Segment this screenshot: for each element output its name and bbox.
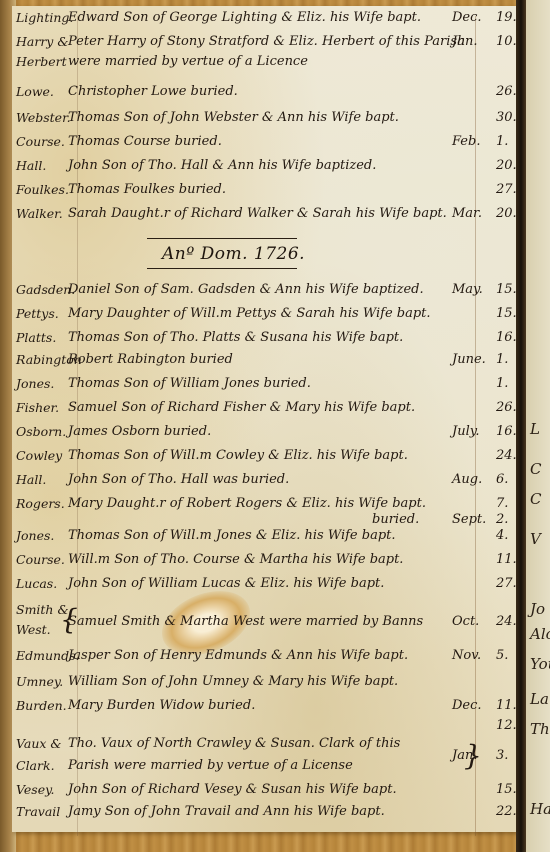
entry-day: 30. xyxy=(496,110,517,125)
entry-text: Peter Harry of Stony Stratford & Eliz. H… xyxy=(68,34,465,49)
entry-text: John Son of Tho. Hall was buried. xyxy=(68,472,289,487)
entry-text: Edward Son of George Lighting & Eliz. hi… xyxy=(68,10,421,25)
entry-surname: Platts. xyxy=(16,330,56,345)
register-entry: Umney. William Son of John Umney & Mary … xyxy=(12,674,518,698)
entry-surname: Pettys. xyxy=(16,306,59,321)
register-entry: Vaux & Tho. Vaux of North Crawley & Susa… xyxy=(12,736,518,760)
entry-text: Jasper Son of Henry Edmunds & Ann his Wi… xyxy=(68,648,408,663)
adjacent-fragment: Alo xyxy=(530,625,550,643)
register-entry: Rabington Robert Rabington buried June. … xyxy=(12,352,518,376)
entry-surname: Lucas. xyxy=(16,576,57,591)
entry-surname: Cowley xyxy=(16,448,62,463)
entry-day: 16. xyxy=(496,424,517,439)
register-page: Lighting. Edward Son of George Lighting … xyxy=(12,6,518,832)
entry-month: June. xyxy=(452,352,486,367)
entry-day: 19. xyxy=(496,10,517,25)
entry-surname: Fisher. xyxy=(16,400,59,415)
register-entry: Hall. John Son of Tho. Hall was buried. … xyxy=(12,472,518,496)
adjacent-fragment: Jo xyxy=(530,600,545,618)
register-entry: West. Samuel Smith & Martha West were ma… xyxy=(12,622,518,646)
entry-day: 24. xyxy=(496,448,517,463)
entry-text: Thomas Course buried. xyxy=(68,134,222,149)
entry-day: 15. xyxy=(496,282,517,297)
entry-month: Mar. xyxy=(452,206,482,221)
register-entry: Jones. Thomas Son of William Jones burie… xyxy=(12,376,518,400)
register-entry: Clark. Parish were married by vertue of … xyxy=(12,758,518,782)
entry-surname: Harry & xyxy=(16,34,68,49)
entry-day: 24. xyxy=(496,614,517,629)
adjacent-page-edge: L C C V Jo Alo You La Th Ha xyxy=(526,0,550,852)
entry-text: Samuel Son of Richard Fisher & Mary his … xyxy=(68,400,415,415)
entry-surname: Lowe. xyxy=(16,84,54,99)
entry-day: 11. xyxy=(496,698,517,713)
entry-text: John Son of Richard Vesey & Susan his Wi… xyxy=(68,782,397,797)
heading-rule-top xyxy=(147,238,297,239)
entry-surname: Vaux & xyxy=(16,736,62,751)
entry-surname: Umney. xyxy=(16,674,63,689)
entry-day: 20. xyxy=(496,206,517,221)
entry-day: 1. xyxy=(496,352,508,367)
adjacent-fragment: V xyxy=(530,530,541,548)
entry-day: 1. xyxy=(496,134,508,149)
entry-day: 4. xyxy=(496,528,508,543)
adjacent-fragment: C xyxy=(530,460,541,478)
entry-month: Jan. xyxy=(452,34,477,49)
register-entry: Travail Jamy Son of John Travail and Ann… xyxy=(12,804,518,828)
entry-text: Daniel Son of Sam. Gadsden & Ann his Wif… xyxy=(68,282,424,297)
register-entry: Lucas. John Son of William Lucas & Eliz.… xyxy=(12,576,518,600)
entry-text: John Son of William Lucas & Eliz. his Wi… xyxy=(68,576,384,591)
heading-rule-bottom xyxy=(147,268,297,269)
adjacent-fragment: C xyxy=(530,490,541,508)
entry-text: Robert Rabington buried xyxy=(68,352,233,367)
entry-surname: Foulkes. xyxy=(16,182,69,197)
entry-text: Parish were married by vertue of a Licen… xyxy=(68,758,353,773)
entry-month: Dec. xyxy=(452,698,482,713)
entry-day: 22. xyxy=(496,804,517,819)
register-entry: Lowe. Christopher Lowe buried. 26. xyxy=(12,84,518,108)
book-gutter xyxy=(516,0,526,852)
entry-day: 20. xyxy=(496,158,517,173)
entry-day: 16. xyxy=(496,330,517,345)
entry-day: 26. xyxy=(496,400,517,415)
entry-month: Sept. xyxy=(452,512,486,527)
register-entry: Webster. Thomas Son of John Webster & An… xyxy=(12,110,518,134)
adjacent-fragment: You xyxy=(530,655,550,673)
entry-text: Sarah Daught.r of Richard Walker & Sarah… xyxy=(68,206,447,221)
entry-day: 15. xyxy=(496,782,517,797)
register-entry: Walker. Sarah Daught.r of Richard Walker… xyxy=(12,206,518,230)
register-entry: Course. Will.m Son of Tho. Course & Mart… xyxy=(12,552,518,576)
entry-surname: Clark. xyxy=(16,758,55,773)
year-heading: Anº Dom. 1726. xyxy=(12,234,518,274)
adjacent-fragment: L xyxy=(530,420,540,438)
entry-text: James Osborn buried. xyxy=(68,424,211,439)
register-entry: Hall. John Son of Tho. Hall & Ann his Wi… xyxy=(12,158,518,182)
entry-day: 12. xyxy=(496,718,517,733)
entry-surname: Burden. xyxy=(16,698,67,713)
entry-text: buried. xyxy=(372,512,419,527)
register-entry: Fisher. Samuel Son of Richard Fisher & M… xyxy=(12,400,518,424)
adjacent-fragment: Ha xyxy=(530,800,550,818)
entry-surname: Course. xyxy=(16,552,65,567)
entry-surname: Vesey. xyxy=(16,782,54,797)
entry-day: 7. xyxy=(496,496,508,511)
entry-text: Tho. Vaux of North Crawley & Susan. Clar… xyxy=(68,736,400,751)
entry-day: 2. xyxy=(496,512,508,527)
entry-day: 5. xyxy=(496,648,508,663)
entry-text: Thomas Son of Will.m Jones & Eliz. his W… xyxy=(68,528,396,543)
entry-day: 11. xyxy=(496,552,517,567)
register-entry: Foulkes. Thomas Foulkes buried. 27. xyxy=(12,182,518,206)
entry-text: Thomas Son of Will.m Cowley & Eliz. his … xyxy=(68,448,408,463)
entry-surname: Hall. xyxy=(16,472,46,487)
entry-text: were married by vertue of a Licence xyxy=(68,54,308,69)
entry-month: Nov. xyxy=(452,648,481,663)
entry-month: Feb. xyxy=(452,134,480,149)
register-entry: Platts. Thomas Son of Tho. Platts & Susa… xyxy=(12,330,518,354)
adjacent-fragment: La xyxy=(530,690,549,708)
entry-month: July. xyxy=(452,424,480,439)
entry-day: 15. xyxy=(496,306,517,321)
entry-surname: Osborn. xyxy=(16,424,66,439)
entry-day: 3. xyxy=(496,748,508,763)
entry-surname: Lighting. xyxy=(16,10,73,25)
register-entry: Vesey. John Son of Richard Vesey & Susan… xyxy=(12,782,518,806)
entry-month: Dec. xyxy=(452,10,482,25)
register-entry: Course. Thomas Course buried. Feb. 1. xyxy=(12,134,518,158)
entry-surname: Jones. xyxy=(16,376,54,391)
entry-text: Will.m Son of Tho. Course & Martha his W… xyxy=(68,552,403,567)
entry-month: Aug. xyxy=(452,472,482,487)
entry-surname: Travail xyxy=(16,804,60,819)
entry-text: Thomas Son of John Webster & Ann his Wif… xyxy=(68,110,399,125)
entry-text: Thomas Son of Tho. Platts & Susana his W… xyxy=(68,330,403,345)
adjacent-fragment: Th xyxy=(530,720,550,738)
entry-surname: Hall. xyxy=(16,158,46,173)
entry-surname: Walker. xyxy=(16,206,63,221)
entry-surname: Herbert xyxy=(16,54,67,69)
entry-text: Mary Daughter of Will.m Pettys & Sarah h… xyxy=(68,306,431,321)
register-entry: Jones. Thomas Son of Will.m Jones & Eliz… xyxy=(12,528,518,552)
entry-text: John Son of Tho. Hall & Ann his Wife bap… xyxy=(68,158,376,173)
entry-day: 10. xyxy=(496,34,517,49)
entry-surname: Gadsden. xyxy=(16,282,75,297)
entry-day: 1. xyxy=(496,376,508,391)
entry-text: Mary Daught.r of Robert Rogers & Eliz. h… xyxy=(68,496,426,511)
entry-day: 6. xyxy=(496,472,508,487)
entry-surname: Course. xyxy=(16,134,65,149)
entry-text: Thomas Son of William Jones buried. xyxy=(68,376,311,391)
entry-surname: Webster. xyxy=(16,110,71,125)
entry-month: May. xyxy=(452,282,483,297)
register-entry: Osborn. James Osborn buried. July. 16. xyxy=(12,424,518,448)
entry-text: William Son of John Umney & Mary his Wif… xyxy=(68,674,398,689)
register-entry: Edmunds. Jasper Son of Henry Edmunds & A… xyxy=(12,648,518,672)
year-heading-label: Anº Dom. 1726. xyxy=(162,244,305,264)
register-entry: Lighting. Edward Son of George Lighting … xyxy=(12,10,518,34)
entry-text: Christopher Lowe buried. xyxy=(68,84,238,99)
entry-text: Samuel Smith & Martha West were married … xyxy=(68,614,423,629)
register-entry: Pettys. Mary Daughter of Will.m Pettys &… xyxy=(12,306,518,330)
entry-month: Jan. xyxy=(452,748,477,763)
entry-text: Mary Burden Widow buried. xyxy=(68,698,255,713)
register-entry: Gadsden. Daniel Son of Sam. Gadsden & An… xyxy=(12,282,518,306)
entry-month: Oct. xyxy=(452,614,479,629)
entry-surname: West. xyxy=(16,622,51,637)
register-entry: Herbert were married by vertue of a Lice… xyxy=(12,54,518,78)
entry-surname: Rogers. xyxy=(16,496,65,511)
entry-day: 27. xyxy=(496,576,517,591)
register-entry: Cowley Thomas Son of Will.m Cowley & Eli… xyxy=(12,448,518,472)
entry-text: Jamy Son of John Travail and Ann his Wif… xyxy=(68,804,385,819)
entry-surname: Jones. xyxy=(16,528,54,543)
entry-day: 27. xyxy=(496,182,517,197)
entry-text: Thomas Foulkes buried. xyxy=(68,182,226,197)
entry-day: 26. xyxy=(496,84,517,99)
